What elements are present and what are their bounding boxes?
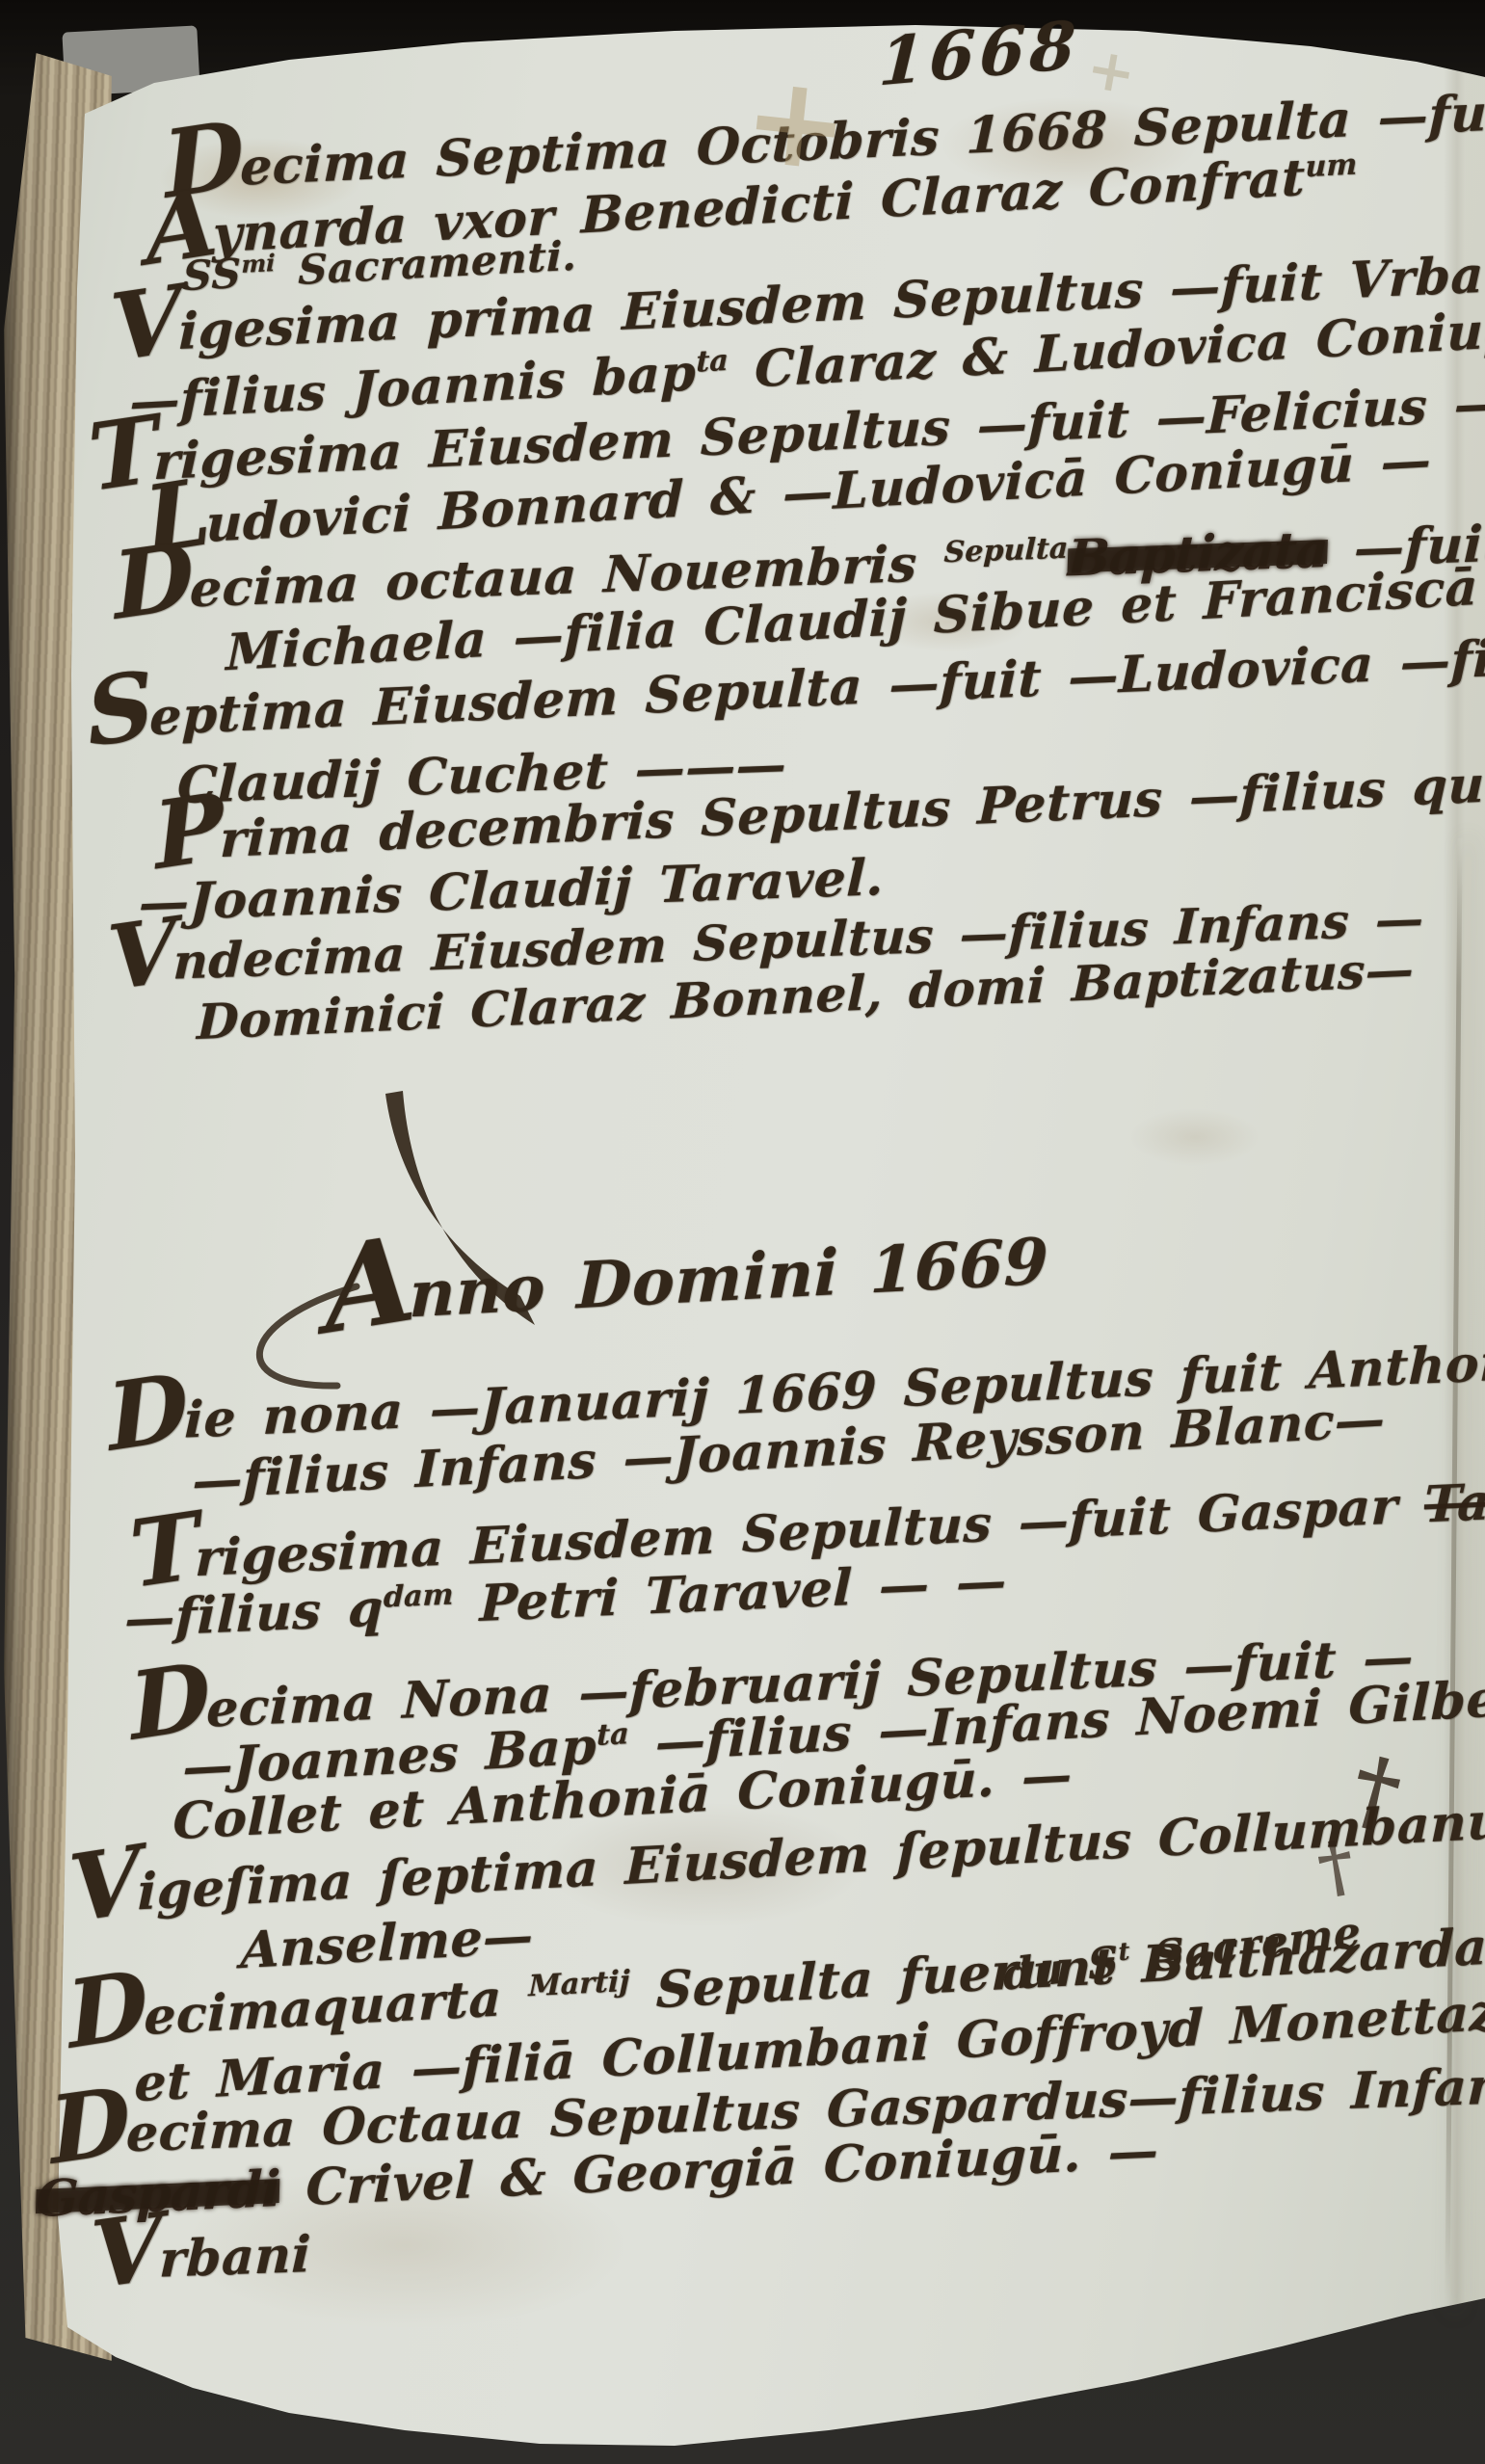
text-segment: ta — [597, 1717, 629, 1753]
text-segment: L — [145, 512, 210, 522]
text-segment: S — [87, 704, 154, 714]
text-segment: T — [89, 449, 158, 460]
text-segment: nno Domini 1669 — [409, 1223, 1049, 1332]
faded-cross-mark: + — [738, 55, 856, 191]
text-segment: T — [130, 1546, 199, 1556]
text-segment: V — [111, 319, 183, 330]
text-segment: mi — [241, 249, 275, 278]
manuscript-lines: Decima Septima Octobris 1668 Sepulta —fu… — [0, 0, 1485, 2464]
text-segment: Sepulta — [943, 532, 1069, 570]
text-segment: —filius q — [124, 1578, 385, 1649]
text-segment: A — [324, 1277, 415, 1291]
text-segment: SS — [182, 250, 242, 300]
text-segment: V — [108, 949, 177, 959]
section-year-heading: Anno Domini 1669 — [322, 1230, 1049, 1332]
manuscript-line: Anselme— — [240, 1911, 534, 1976]
text-segment: ta — [696, 344, 729, 380]
text-segment: V — [92, 2246, 164, 2256]
text-segment: D — [114, 575, 195, 587]
text-segment: ecimaquarta — [144, 1968, 529, 2047]
text-segment: D — [50, 2120, 131, 2132]
text-segment: D — [108, 1407, 189, 1418]
text-segment: Martij — [528, 1965, 630, 2004]
faded-mark-small: + — [1082, 39, 1140, 104]
text-segment: D — [164, 154, 245, 166]
text-segment: rbani — [158, 2225, 312, 2290]
text-segment: V — [69, 1879, 142, 1891]
text-segment: P — [154, 827, 225, 837]
manuscript-line: Vrbani — [90, 2230, 311, 2288]
text-segment: dam — [384, 1577, 454, 1614]
photographed-register-page: 1668 Decima Septima Octobris 1668 Sepult… — [0, 0, 1485, 2464]
text-segment: A — [145, 222, 217, 233]
text-segment: D — [67, 2003, 148, 2016]
text-segment: um — [1305, 147, 1357, 184]
text-segment: Taravel — [1423, 1467, 1485, 1535]
text-segment: D — [130, 1696, 211, 1708]
